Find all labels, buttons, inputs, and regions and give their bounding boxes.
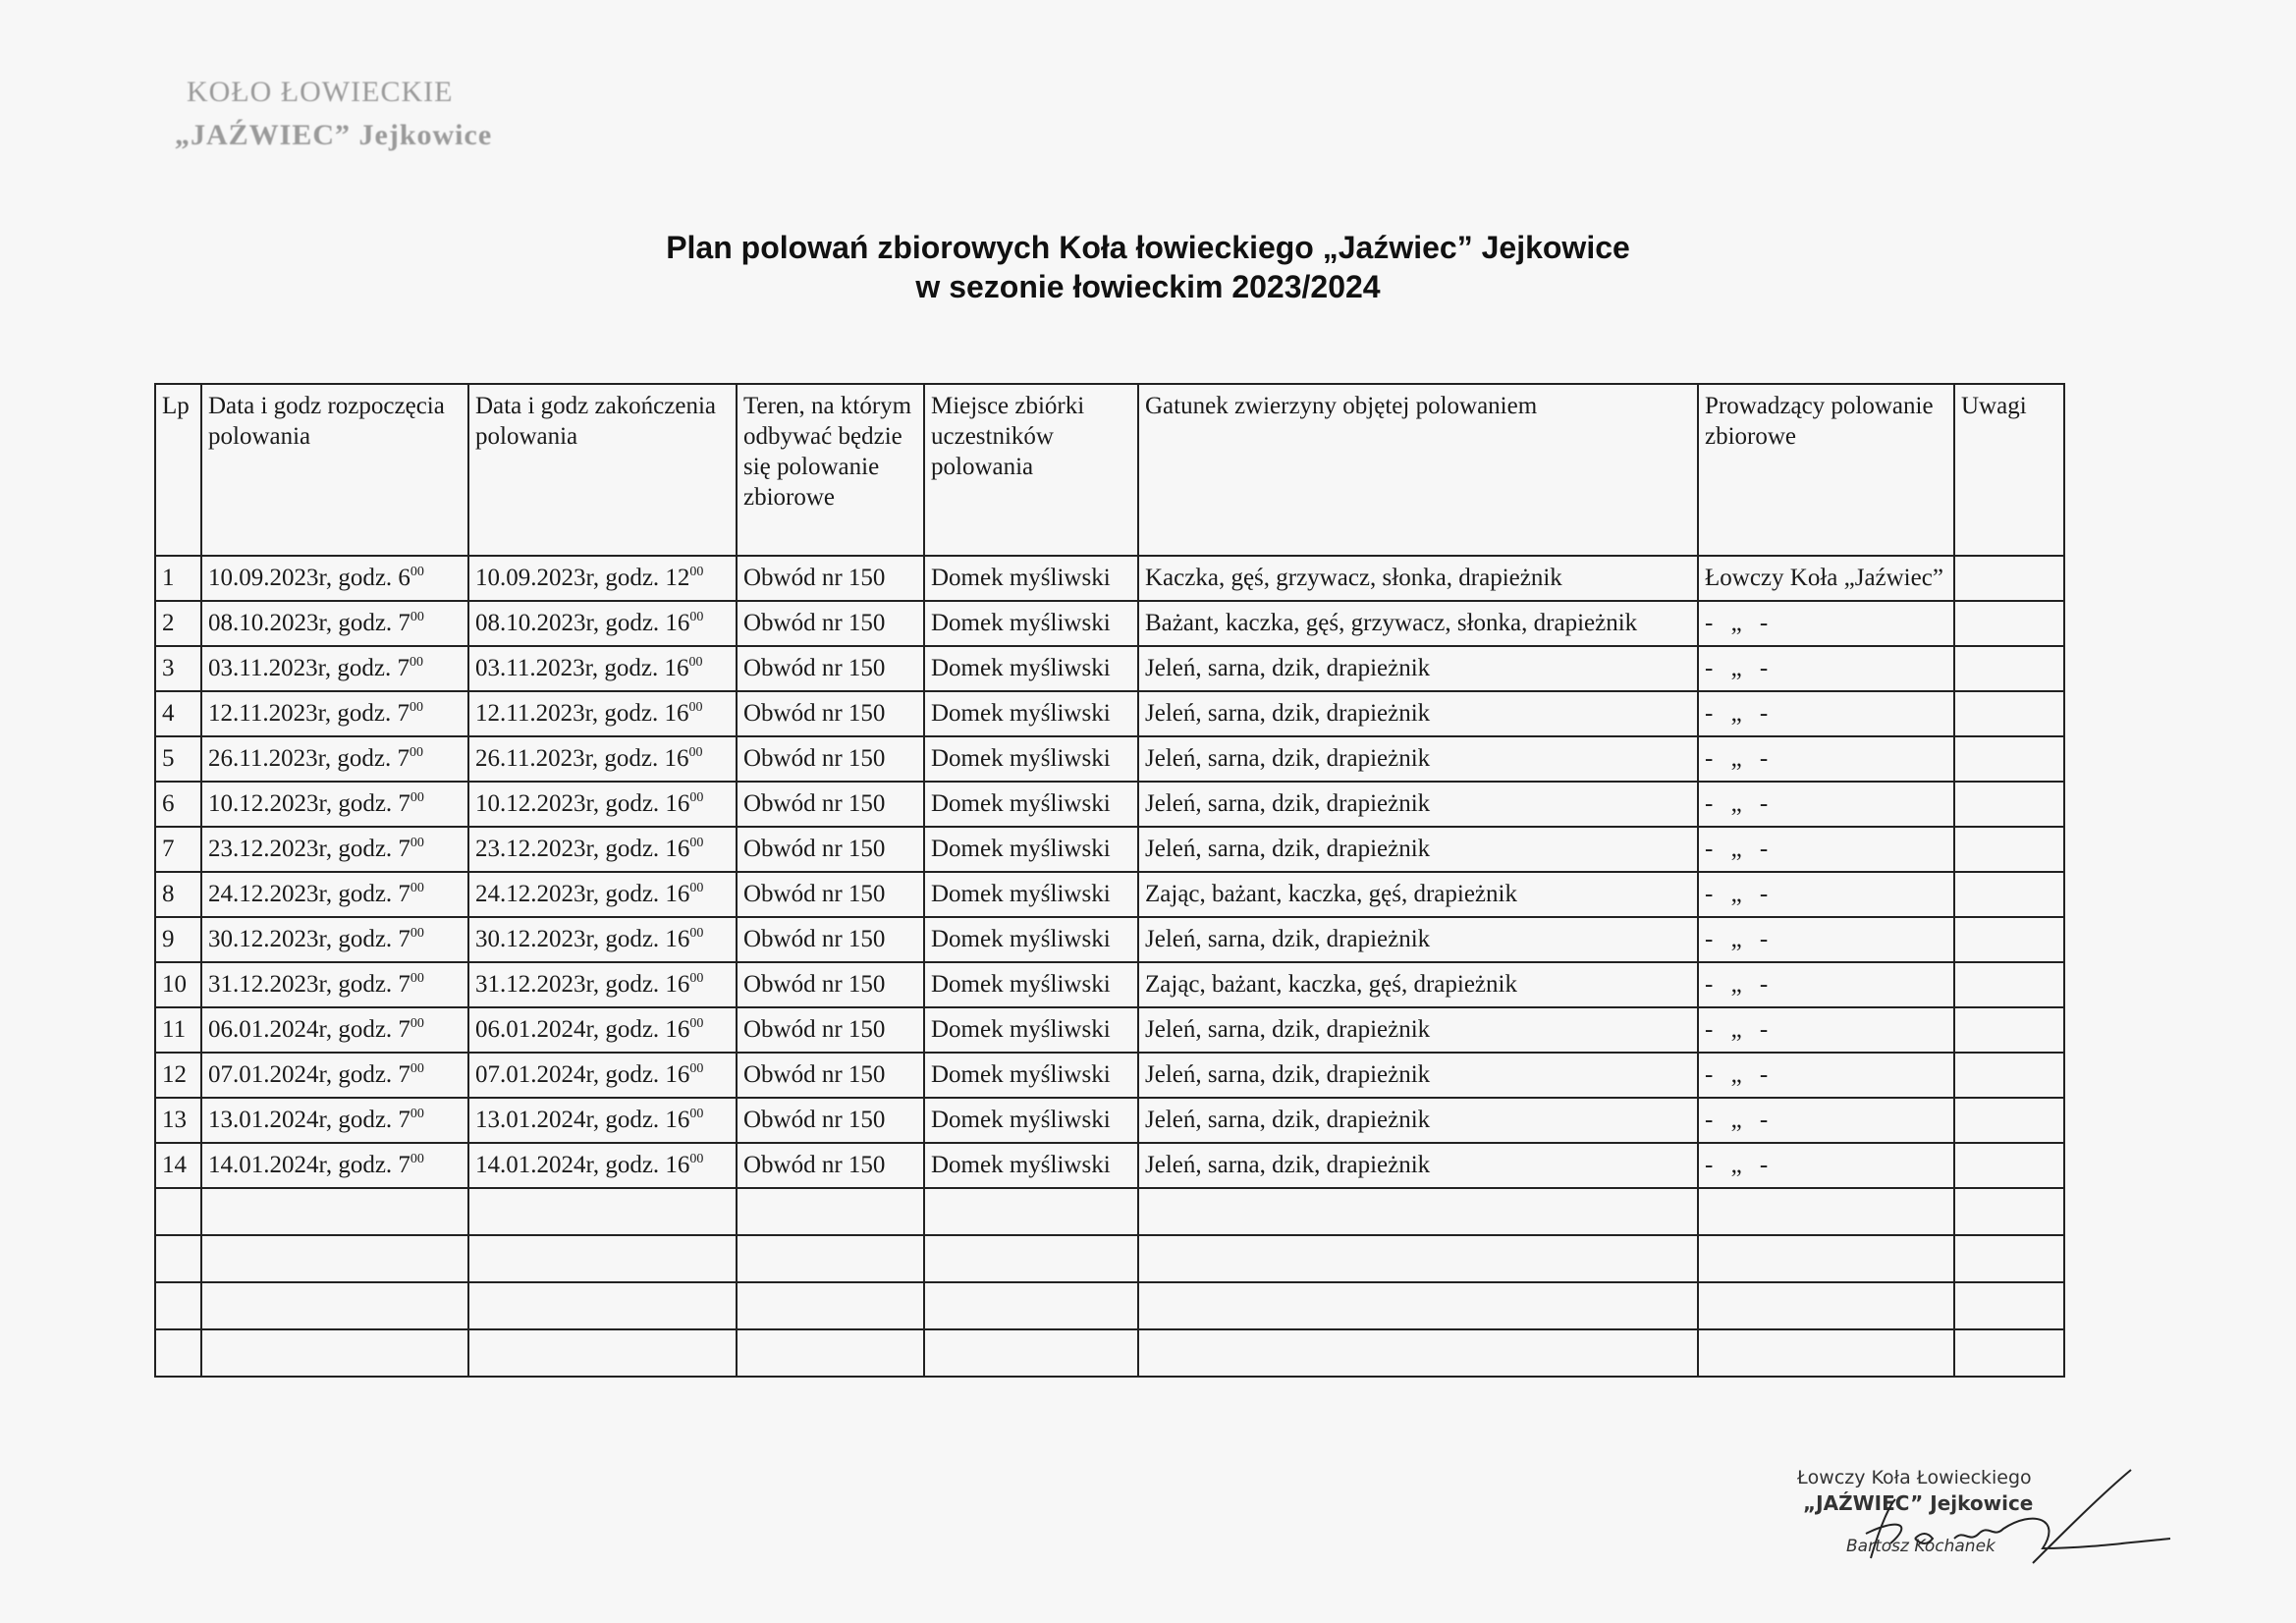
cell-area: Obwód nr 150 xyxy=(737,962,924,1007)
minutes-superscript: 00 xyxy=(410,1061,424,1076)
cell-area: Obwód nr 150 xyxy=(737,556,924,601)
datetime-text: 12.11.2023r, godz. 7 xyxy=(208,700,410,727)
cell-notes xyxy=(1954,1098,2064,1143)
empty-cell xyxy=(201,1235,468,1282)
cell-lead: - „ - xyxy=(1698,601,1954,646)
datetime-text: 08.10.2023r, godz. 16 xyxy=(475,610,689,636)
table-row: 1313.01.2024r, godz. 70013.01.2024r, god… xyxy=(155,1098,2064,1143)
cell-notes xyxy=(1954,691,2064,736)
datetime-text: 03.11.2023r, godz. 7 xyxy=(208,655,410,681)
club-stamp: KOŁO ŁOWIECKIE „JAŹWIEC” Jejkowice xyxy=(187,71,492,157)
empty-cell xyxy=(737,1188,924,1235)
cell-game: Zając, bażant, kaczka, gęś, drapieżnik xyxy=(1138,872,1698,917)
cell-area: Obwód nr 150 xyxy=(737,827,924,872)
empty-cell xyxy=(737,1235,924,1282)
cell-lead: - „ - xyxy=(1698,1007,1954,1053)
minutes-superscript: 00 xyxy=(689,836,703,850)
cell-lp: 8 xyxy=(155,872,201,917)
cell-lead: - „ - xyxy=(1698,646,1954,691)
cell-start: 06.01.2024r, godz. 700 xyxy=(201,1007,468,1053)
document-title: Plan polowań zbiorowych Koła łowieckiego… xyxy=(0,228,2296,306)
stamp-line-2: „JAŹWIEC” Jejkowice xyxy=(175,114,492,157)
empty-cell xyxy=(924,1282,1138,1329)
minutes-superscript: 00 xyxy=(410,745,423,760)
minutes-superscript: 00 xyxy=(410,836,424,850)
hunting-plan-table: Lp Data i godz rozpoczęcia polowania Dat… xyxy=(154,383,2065,1378)
cell-place: Domek myśliwski xyxy=(924,1143,1138,1188)
cell-start: 30.12.2023r, godz. 700 xyxy=(201,917,468,962)
datetime-text: 14.01.2024r, godz. 7 xyxy=(208,1152,410,1178)
handwritten-signature-icon xyxy=(1836,1465,2190,1573)
header-notes: Uwagi xyxy=(1954,384,2064,556)
empty-cell xyxy=(1698,1282,1954,1329)
cell-place: Domek myśliwski xyxy=(924,1098,1138,1143)
minutes-superscript: 00 xyxy=(410,1152,424,1166)
empty-cell xyxy=(468,1282,737,1329)
table-row: 208.10.2023r, godz. 70008.10.2023r, godz… xyxy=(155,601,2064,646)
cell-start: 14.01.2024r, godz. 700 xyxy=(201,1143,468,1188)
cell-end: 14.01.2024r, godz. 1600 xyxy=(468,1143,737,1188)
table-row: 1106.01.2024r, godz. 70006.01.2024r, god… xyxy=(155,1007,2064,1053)
table-row: 610.12.2023r, godz. 70010.12.2023r, godz… xyxy=(155,782,2064,827)
cell-game: Jeleń, sarna, dzik, drapieżnik xyxy=(1138,1098,1698,1143)
cell-place: Domek myśliwski xyxy=(924,691,1138,736)
cell-place: Domek myśliwski xyxy=(924,917,1138,962)
cell-lead: Łowczy Koła „Jaźwiec” xyxy=(1698,556,1954,601)
cell-place: Domek myśliwski xyxy=(924,1007,1138,1053)
cell-end: 10.12.2023r, godz. 1600 xyxy=(468,782,737,827)
datetime-text: 24.12.2023r, godz. 16 xyxy=(475,881,689,907)
cell-lp: 3 xyxy=(155,646,201,691)
datetime-text: 07.01.2024r, godz. 16 xyxy=(475,1061,689,1088)
datetime-text: 23.12.2023r, godz. 7 xyxy=(208,836,410,862)
cell-place: Domek myśliwski xyxy=(924,646,1138,691)
empty-cell xyxy=(1138,1188,1698,1235)
minutes-superscript: 00 xyxy=(689,610,703,624)
datetime-text: 03.11.2023r, godz. 16 xyxy=(475,655,689,681)
empty-cell xyxy=(1954,1329,2064,1377)
cell-start: 07.01.2024r, godz. 700 xyxy=(201,1053,468,1098)
cell-area: Obwód nr 150 xyxy=(737,646,924,691)
cell-lp: 11 xyxy=(155,1007,201,1053)
datetime-text: 13.01.2024r, godz. 7 xyxy=(208,1107,410,1133)
cell-lp: 12 xyxy=(155,1053,201,1098)
cell-area: Obwód nr 150 xyxy=(737,601,924,646)
cell-lead: - „ - xyxy=(1698,736,1954,782)
minutes-superscript: 00 xyxy=(689,971,703,986)
empty-cell xyxy=(468,1188,737,1235)
datetime-text: 14.01.2024r, godz. 16 xyxy=(475,1152,689,1178)
minutes-superscript: 00 xyxy=(410,610,424,624)
table-row: 1207.01.2024r, godz. 70007.01.2024r, god… xyxy=(155,1053,2064,1098)
cell-end: 26.11.2023r, godz. 1600 xyxy=(468,736,737,782)
table-row: 110.09.2023r, godz. 60010.09.2023r, godz… xyxy=(155,556,2064,601)
minutes-superscript: 00 xyxy=(410,1016,424,1031)
cell-lead: - „ - xyxy=(1698,962,1954,1007)
cell-notes xyxy=(1954,1053,2064,1098)
cell-lp: 5 xyxy=(155,736,201,782)
datetime-text: 30.12.2023r, godz. 7 xyxy=(208,926,410,952)
datetime-text: 30.12.2023r, godz. 16 xyxy=(475,926,689,952)
datetime-text: 31.12.2023r, godz. 7 xyxy=(208,971,410,998)
cell-game: Jeleń, sarna, dzik, drapieżnik xyxy=(1138,691,1698,736)
minutes-superscript: 00 xyxy=(689,1107,703,1121)
cell-area: Obwód nr 150 xyxy=(737,1053,924,1098)
empty-cell xyxy=(1138,1282,1698,1329)
empty-cell xyxy=(201,1188,468,1235)
header-lp: Lp xyxy=(155,384,201,556)
cell-lead: - „ - xyxy=(1698,1053,1954,1098)
minutes-superscript: 00 xyxy=(689,790,703,805)
cell-game: Jeleń, sarna, dzik, drapieżnik xyxy=(1138,782,1698,827)
cell-lp: 2 xyxy=(155,601,201,646)
cell-area: Obwód nr 150 xyxy=(737,1007,924,1053)
cell-game: Jeleń, sarna, dzik, drapieżnik xyxy=(1138,1007,1698,1053)
header-area: Teren, na którym odbywać będzie się polo… xyxy=(737,384,924,556)
cell-area: Obwód nr 150 xyxy=(737,691,924,736)
empty-table-row xyxy=(155,1188,2064,1235)
header-start: Data i godz rozpoczęcia polowania xyxy=(201,384,468,556)
minutes-superscript: 00 xyxy=(410,881,424,895)
datetime-text: 31.12.2023r, godz. 16 xyxy=(475,971,689,998)
minutes-superscript: 00 xyxy=(689,1061,703,1076)
cell-lead: - „ - xyxy=(1698,1143,1954,1188)
cell-place: Domek myśliwski xyxy=(924,782,1138,827)
datetime-text: 26.11.2023r, godz. 7 xyxy=(208,745,410,772)
cell-game: Bażant, kaczka, gęś, grzywacz, słonka, d… xyxy=(1138,601,1698,646)
table-row: 303.11.2023r, godz. 70003.11.2023r, godz… xyxy=(155,646,2064,691)
cell-lp: 6 xyxy=(155,782,201,827)
cell-area: Obwód nr 150 xyxy=(737,872,924,917)
empty-cell xyxy=(155,1282,201,1329)
empty-cell xyxy=(1138,1235,1698,1282)
empty-cell xyxy=(468,1329,737,1377)
empty-cell xyxy=(201,1329,468,1377)
datetime-text: 07.01.2024r, godz. 7 xyxy=(208,1061,410,1088)
cell-notes xyxy=(1954,782,2064,827)
datetime-text: 10.09.2023r, godz. 12 xyxy=(475,565,689,591)
empty-cell xyxy=(155,1329,201,1377)
cell-lead: - „ - xyxy=(1698,691,1954,736)
minutes-superscript: 00 xyxy=(410,926,424,941)
minutes-superscript: 00 xyxy=(689,1152,703,1166)
table-header-row: Lp Data i godz rozpoczęcia polowania Dat… xyxy=(155,384,2064,556)
cell-place: Domek myśliwski xyxy=(924,736,1138,782)
cell-start: 24.12.2023r, godz. 700 xyxy=(201,872,468,917)
minutes-superscript: 00 xyxy=(410,790,424,805)
table-row: 526.11.2023r, godz. 70026.11.2023r, godz… xyxy=(155,736,2064,782)
cell-end: 24.12.2023r, godz. 1600 xyxy=(468,872,737,917)
cell-lp: 7 xyxy=(155,827,201,872)
datetime-text: 12.11.2023r, godz. 16 xyxy=(475,700,689,727)
cell-start: 08.10.2023r, godz. 700 xyxy=(201,601,468,646)
cell-start: 13.01.2024r, godz. 700 xyxy=(201,1098,468,1143)
cell-game: Jeleń, sarna, dzik, drapieżnik xyxy=(1138,917,1698,962)
cell-game: Jeleń, sarna, dzik, drapieżnik xyxy=(1138,1053,1698,1098)
cell-end: 06.01.2024r, godz. 1600 xyxy=(468,1007,737,1053)
minutes-superscript: 00 xyxy=(689,565,703,579)
table-row: 412.11.2023r, godz. 70012.11.2023r, godz… xyxy=(155,691,2064,736)
cell-end: 31.12.2023r, godz. 1600 xyxy=(468,962,737,1007)
cell-lp: 1 xyxy=(155,556,201,601)
empty-cell xyxy=(1954,1235,2064,1282)
cell-end: 10.09.2023r, godz. 1200 xyxy=(468,556,737,601)
title-line-2: w sezonie łowieckim 2023/2024 xyxy=(0,267,2296,306)
empty-cell xyxy=(1698,1329,1954,1377)
datetime-text: 10.12.2023r, godz. 7 xyxy=(208,790,410,817)
empty-cell xyxy=(924,1329,1138,1377)
empty-cell xyxy=(924,1188,1138,1235)
stamp-line-1: KOŁO ŁOWIECKIE xyxy=(187,71,492,114)
empty-cell xyxy=(1698,1235,1954,1282)
cell-game: Jeleń, sarna, dzik, drapieżnik xyxy=(1138,1143,1698,1188)
cell-end: 23.12.2023r, godz. 1600 xyxy=(468,827,737,872)
cell-lead: - „ - xyxy=(1698,782,1954,827)
cell-notes xyxy=(1954,556,2064,601)
cell-place: Domek myśliwski xyxy=(924,827,1138,872)
cell-lp: 13 xyxy=(155,1098,201,1143)
datetime-text: 10.09.2023r, godz. 6 xyxy=(208,565,410,591)
minutes-superscript: 00 xyxy=(410,565,424,579)
datetime-text: 06.01.2024r, godz. 7 xyxy=(208,1016,410,1043)
minutes-superscript: 00 xyxy=(689,881,703,895)
cell-notes xyxy=(1954,646,2064,691)
title-line-1: Plan polowań zbiorowych Koła łowieckiego… xyxy=(0,228,2296,267)
cell-end: 13.01.2024r, godz. 1600 xyxy=(468,1098,737,1143)
datetime-text: 13.01.2024r, godz. 16 xyxy=(475,1107,689,1133)
cell-notes xyxy=(1954,1007,2064,1053)
table-row: 1031.12.2023r, godz. 70031.12.2023r, god… xyxy=(155,962,2064,1007)
cell-start: 23.12.2023r, godz. 700 xyxy=(201,827,468,872)
empty-cell xyxy=(1954,1282,2064,1329)
cell-start: 31.12.2023r, godz. 700 xyxy=(201,962,468,1007)
cell-game: Jeleń, sarna, dzik, drapieżnik xyxy=(1138,646,1698,691)
cell-lp: 14 xyxy=(155,1143,201,1188)
cell-place: Domek myśliwski xyxy=(924,601,1138,646)
minutes-superscript: 00 xyxy=(410,655,423,670)
table-row: 824.12.2023r, godz. 70024.12.2023r, godz… xyxy=(155,872,2064,917)
header-place: Miejsce zbiórki uczestników polowania xyxy=(924,384,1138,556)
cell-end: 03.11.2023r, godz. 1600 xyxy=(468,646,737,691)
datetime-text: 08.10.2023r, godz. 7 xyxy=(208,610,410,636)
header-lead: Prowadzący polowanie zbiorowe xyxy=(1698,384,1954,556)
minutes-superscript: 00 xyxy=(689,926,703,941)
cell-start: 10.12.2023r, godz. 700 xyxy=(201,782,468,827)
empty-cell xyxy=(155,1235,201,1282)
minutes-superscript: 00 xyxy=(689,655,703,670)
cell-notes xyxy=(1954,827,2064,872)
cell-lead: - „ - xyxy=(1698,917,1954,962)
empty-cell xyxy=(737,1329,924,1377)
datetime-text: 06.01.2024r, godz. 16 xyxy=(475,1016,689,1043)
cell-notes xyxy=(1954,917,2064,962)
cell-lp: 9 xyxy=(155,917,201,962)
empty-table-row xyxy=(155,1329,2064,1377)
minutes-superscript: 00 xyxy=(410,1107,424,1121)
minutes-superscript: 00 xyxy=(689,700,703,715)
signature-block: Łowczy Koła Łowieckiego „JAŹWIEC” Jejkow… xyxy=(1797,1465,2033,1559)
cell-notes xyxy=(1954,872,2064,917)
header-end: Data i godz zakończenia polowania xyxy=(468,384,737,556)
datetime-text: 23.12.2023r, godz. 16 xyxy=(475,836,689,862)
minutes-superscript: 00 xyxy=(689,745,703,760)
cell-notes xyxy=(1954,962,2064,1007)
datetime-text: 10.12.2023r, godz. 16 xyxy=(475,790,689,817)
cell-game: Jeleń, sarna, dzik, drapieżnik xyxy=(1138,827,1698,872)
empty-cell xyxy=(737,1282,924,1329)
datetime-text: 24.12.2023r, godz. 7 xyxy=(208,881,410,907)
datetime-text: 26.11.2023r, godz. 16 xyxy=(475,745,689,772)
cell-lp: 10 xyxy=(155,962,201,1007)
cell-lead: - „ - xyxy=(1698,827,1954,872)
cell-start: 03.11.2023r, godz. 700 xyxy=(201,646,468,691)
cell-notes xyxy=(1954,601,2064,646)
empty-cell xyxy=(1698,1188,1954,1235)
cell-place: Domek myśliwski xyxy=(924,1053,1138,1098)
cell-area: Obwód nr 150 xyxy=(737,917,924,962)
empty-table-row xyxy=(155,1235,2064,1282)
empty-cell xyxy=(201,1282,468,1329)
minutes-superscript: 00 xyxy=(410,971,424,986)
table-row: 723.12.2023r, godz. 70023.12.2023r, godz… xyxy=(155,827,2064,872)
table-row: 1414.01.2024r, godz. 70014.01.2024r, god… xyxy=(155,1143,2064,1188)
cell-game: Jeleń, sarna, dzik, drapieżnik xyxy=(1138,736,1698,782)
cell-lp: 4 xyxy=(155,691,201,736)
cell-area: Obwód nr 150 xyxy=(737,736,924,782)
cell-end: 12.11.2023r, godz. 1600 xyxy=(468,691,737,736)
empty-cell xyxy=(155,1188,201,1235)
cell-notes xyxy=(1954,736,2064,782)
cell-game: Zając, bażant, kaczka, gęś, drapieżnik xyxy=(1138,962,1698,1007)
table-row: 930.12.2023r, godz. 70030.12.2023r, godz… xyxy=(155,917,2064,962)
minutes-superscript: 00 xyxy=(689,1016,703,1031)
minutes-superscript: 00 xyxy=(410,700,423,715)
empty-cell xyxy=(1954,1188,2064,1235)
cell-game: Kaczka, gęś, grzywacz, słonka, drapieżni… xyxy=(1138,556,1698,601)
cell-start: 26.11.2023r, godz. 700 xyxy=(201,736,468,782)
cell-notes xyxy=(1954,1143,2064,1188)
cell-lead: - „ - xyxy=(1698,1098,1954,1143)
empty-cell xyxy=(1138,1329,1698,1377)
empty-cell xyxy=(924,1235,1138,1282)
cell-start: 12.11.2023r, godz. 700 xyxy=(201,691,468,736)
cell-place: Domek myśliwski xyxy=(924,962,1138,1007)
cell-place: Domek myśliwski xyxy=(924,872,1138,917)
cell-end: 30.12.2023r, godz. 1600 xyxy=(468,917,737,962)
cell-end: 08.10.2023r, godz. 1600 xyxy=(468,601,737,646)
cell-start: 10.09.2023r, godz. 600 xyxy=(201,556,468,601)
empty-table-row xyxy=(155,1282,2064,1329)
cell-area: Obwód nr 150 xyxy=(737,1143,924,1188)
empty-cell xyxy=(468,1235,737,1282)
header-game: Gatunek zwierzyny objętej polowaniem xyxy=(1138,384,1698,556)
cell-area: Obwód nr 150 xyxy=(737,1098,924,1143)
cell-end: 07.01.2024r, godz. 1600 xyxy=(468,1053,737,1098)
cell-area: Obwód nr 150 xyxy=(737,782,924,827)
cell-lead: - „ - xyxy=(1698,872,1954,917)
cell-place: Domek myśliwski xyxy=(924,556,1138,601)
